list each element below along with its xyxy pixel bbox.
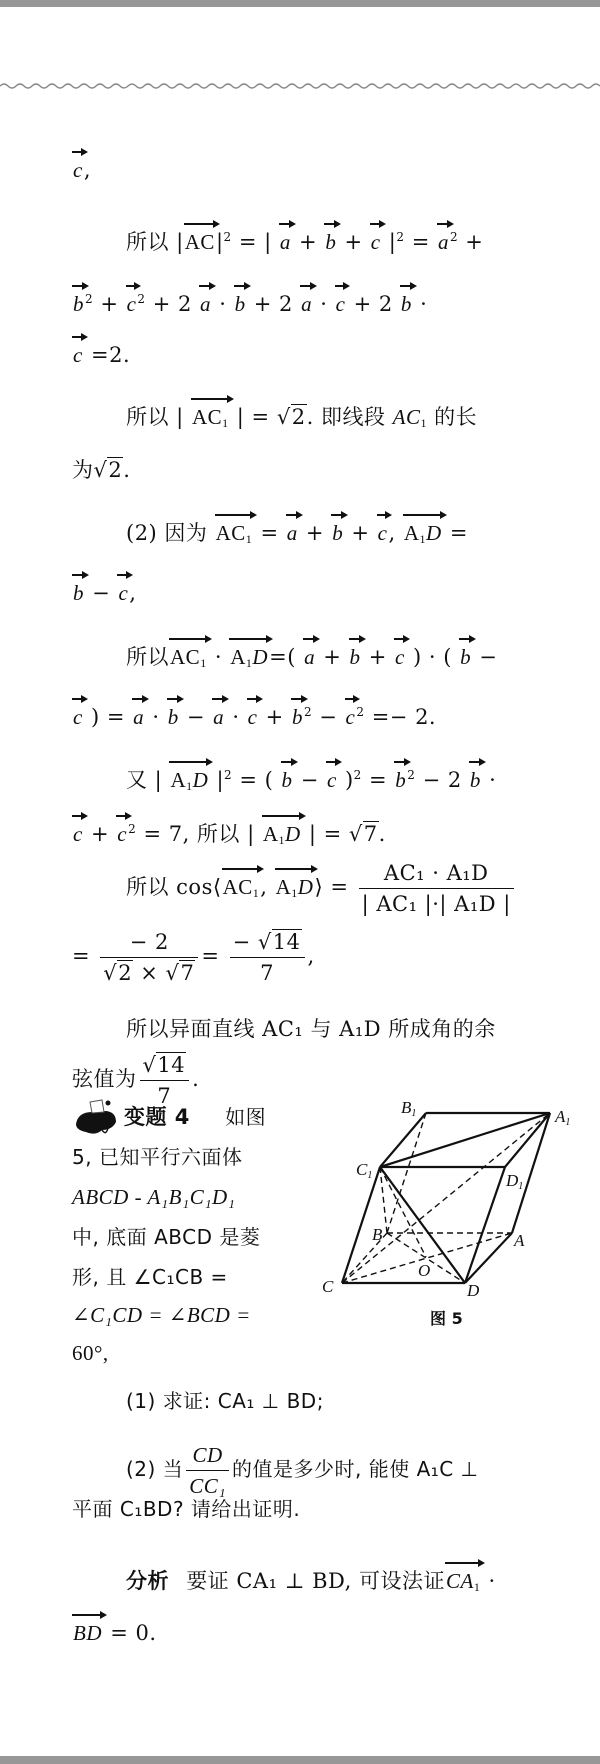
sqrt: √2: [277, 402, 307, 432]
text: =: [450, 521, 468, 545]
text: 所以异面直线 AC₁ 与 A₁D 所成角的余: [126, 1017, 496, 1041]
svg-text:D: D: [466, 1281, 480, 1300]
vector-ac1: AC1: [215, 518, 254, 554]
vector-a1d: A1D: [403, 518, 443, 554]
punct: ,: [388, 521, 395, 545]
svg-text:O: O: [418, 1261, 430, 1280]
vector-a: a: [300, 289, 313, 319]
denominator: | AC₁ |·| A₁D |: [359, 889, 514, 919]
text: 要证 CA₁ ⊥ BD, 可设法证: [186, 1569, 445, 1593]
vector-c: c: [126, 289, 138, 319]
vector-a1d: A1D: [169, 765, 209, 801]
svg-text:A1: A1: [554, 1107, 570, 1128]
numerator: AC₁ · A₁D: [359, 858, 514, 889]
student-reading-icon: [72, 1098, 120, 1140]
line-expansion: b2 + c2 + 2 a · b + 2 a · c + 2 b ·: [72, 284, 427, 319]
figure-caption: 图 5: [430, 1306, 463, 1329]
svg-text:D1: D1: [505, 1171, 523, 1192]
svg-text:C: C: [322, 1277, 334, 1296]
line-equals-2: c =2.: [72, 340, 130, 370]
text: 所以: [126, 645, 169, 669]
vector-c: c: [370, 227, 382, 257]
line-dot-product: 所以AC1 · A1D=( a + b + c ) · ( b −: [126, 642, 497, 678]
vector-b: b: [291, 702, 304, 732]
text: . 即线段: [307, 405, 386, 429]
line-cos: 所以 cos⟨AC1, A1D⟩ = AC₁ · A₁D | AC₁ |·| A…: [126, 858, 517, 919]
line-part2: (2) 因为 AC1 = a + b + c, A1D =: [126, 518, 468, 554]
question-2: (2) 当 CD CC₁ 的值是多少时, 能使 A₁C ⊥: [126, 1440, 479, 1501]
vector-b: b: [459, 642, 472, 672]
text: .: [123, 458, 130, 482]
line-conclusion: 所以异面直线 AC₁ 与 A₁D 所成角的余: [126, 1014, 496, 1044]
line-cos-value: = − 2 √2 × √7 = − √14 7 ,: [72, 927, 315, 988]
line-ac-squared: 所以 |AC|2 = | a + b + c |2 = a2 +: [126, 222, 483, 257]
vector-c: c: [345, 702, 357, 732]
vector-c: c: [394, 642, 406, 672]
vector-ac: AC: [184, 227, 216, 257]
vector-c: c: [72, 819, 84, 849]
vector-b: b: [394, 765, 407, 795]
punct: ,: [84, 158, 91, 182]
vector-bd: BD: [72, 1618, 103, 1648]
line-a1d-length: c + c2 = 7, 所以 | A1D | = √7.: [72, 814, 386, 855]
fraction: CD CC₁: [186, 1440, 229, 1501]
vector-a: a: [199, 289, 212, 319]
svg-text:A: A: [513, 1231, 525, 1250]
text: = 0.: [110, 1621, 156, 1645]
vector-c: c: [72, 340, 84, 370]
text: = 7, 所以: [143, 822, 239, 846]
vector-b: b: [281, 765, 294, 795]
vector-b: b: [400, 289, 413, 319]
vector-b: b: [349, 642, 362, 672]
text: 的值是多少时, 能使 A₁C ⊥: [232, 1457, 479, 1481]
text: 所以: [126, 230, 169, 254]
vector-c: c: [117, 578, 129, 608]
fraction: − 2 √2 × √7: [100, 927, 198, 988]
text: =2.: [91, 343, 130, 367]
line-dot-result: c ) = a · b − a · c + b2 − c2 =− 2.: [72, 697, 436, 732]
sup: 2: [450, 230, 458, 244]
problem-text: 形, 且 ∠C₁CB =: [72, 1262, 228, 1292]
sup: 2: [396, 230, 404, 244]
line-b-minus-c: b − c,: [72, 578, 136, 608]
vector-b: b: [167, 702, 180, 732]
vector-ac1: AC1: [191, 402, 230, 438]
vector-a: a: [279, 227, 292, 257]
text: (2) 因为: [126, 521, 207, 545]
problem-text: 5, 已知平行六面体: [72, 1142, 242, 1172]
vector-a: a: [303, 642, 316, 672]
line-c-comma: c,: [72, 155, 91, 185]
question-2-continued: 平面 C₁BD? 请给出证明.: [72, 1494, 300, 1524]
text: 为: [72, 458, 94, 482]
text: +: [465, 230, 483, 254]
analysis-line: 分析 要证 CA₁ ⊥ BD, 可设法证CA1 ·: [126, 1566, 496, 1602]
segment: AC1: [393, 405, 427, 429]
vector-a1d: A1D: [229, 642, 269, 678]
svg-text:C1: C1: [356, 1160, 372, 1181]
text: =− 2.: [372, 705, 436, 729]
vector-c: c: [72, 155, 84, 185]
analysis-label: 分析: [126, 1569, 169, 1593]
vector-b: b: [72, 578, 85, 608]
sup: 2: [137, 292, 145, 306]
problem-title-line: 变题 4 如图: [124, 1102, 266, 1132]
line-sqrt2: 为√2.: [72, 455, 130, 485]
cos-fraction: AC₁ · A₁D | AC₁ |·| A₁D |: [359, 858, 514, 919]
text: (2) 当: [126, 1457, 183, 1481]
problem-text: ∠C₁CD = ∠BCD =: [72, 1300, 251, 1330]
vector-b: b: [331, 518, 344, 548]
problem-text: 中, 底面 ABCD 是菱: [72, 1222, 260, 1252]
svg-text:B1: B1: [401, 1098, 416, 1119]
analysis-line-2: BD = 0.: [72, 1618, 157, 1648]
sup: 2: [224, 230, 232, 244]
vector-ac1: AC1: [169, 642, 208, 678]
vector-c: c: [326, 765, 338, 795]
vector-b: b: [324, 227, 337, 257]
question-1: (1) 求证: CA₁ ⊥ BD;: [126, 1386, 324, 1416]
vector-a1d: A1D: [275, 872, 315, 908]
top-bar: [0, 0, 600, 7]
text: 弦值为: [72, 1067, 137, 1091]
vector-a: a: [212, 702, 225, 732]
vector-c: c: [247, 702, 259, 732]
wavy-divider: [0, 80, 600, 92]
sqrt: √7: [349, 819, 379, 849]
bottom-bar: [0, 1756, 600, 1764]
text: 所以 cos: [126, 875, 213, 899]
problem-title: 变题 4: [124, 1105, 190, 1129]
sqrt: √2: [94, 455, 124, 485]
svg-text:B: B: [372, 1225, 383, 1244]
vector-b: b: [469, 765, 482, 795]
parallelepiped-diagram: B1 A1 C1 D1 B A C D O: [320, 1080, 600, 1330]
fraction: − √14 7: [230, 927, 305, 988]
sup: 2: [85, 292, 93, 306]
vector-a: a: [437, 227, 450, 257]
vector-c: c: [72, 702, 84, 732]
problem-text: 60°,: [72, 1338, 109, 1368]
vector-ca1: CA1: [445, 1566, 481, 1602]
punct: ,: [129, 581, 136, 605]
vector-a1d: A1D: [262, 819, 302, 855]
vector-a: a: [132, 702, 145, 732]
vector-a: a: [286, 518, 299, 548]
text: 又: [126, 768, 148, 792]
text: 的长: [434, 405, 477, 429]
vector-b: b: [234, 289, 247, 319]
text: 如图: [225, 1105, 266, 1129]
vector-c: c: [377, 518, 389, 548]
vector-ac1: AC1: [222, 872, 261, 908]
line-ac1-length: 所以 | AC1 | = √2. 即线段 AC1 的长: [126, 402, 477, 438]
vector-b: b: [72, 289, 85, 319]
vector-c: c: [116, 819, 128, 849]
text: 所以: [126, 405, 169, 429]
vector-c: c: [335, 289, 347, 319]
problem-text: ABCD - A₁B₁C₁D₁: [72, 1182, 235, 1212]
line-a1d-squared: 又 | A1D |2 = ( b − c )2 = b2 − 2 b ·: [126, 760, 496, 801]
